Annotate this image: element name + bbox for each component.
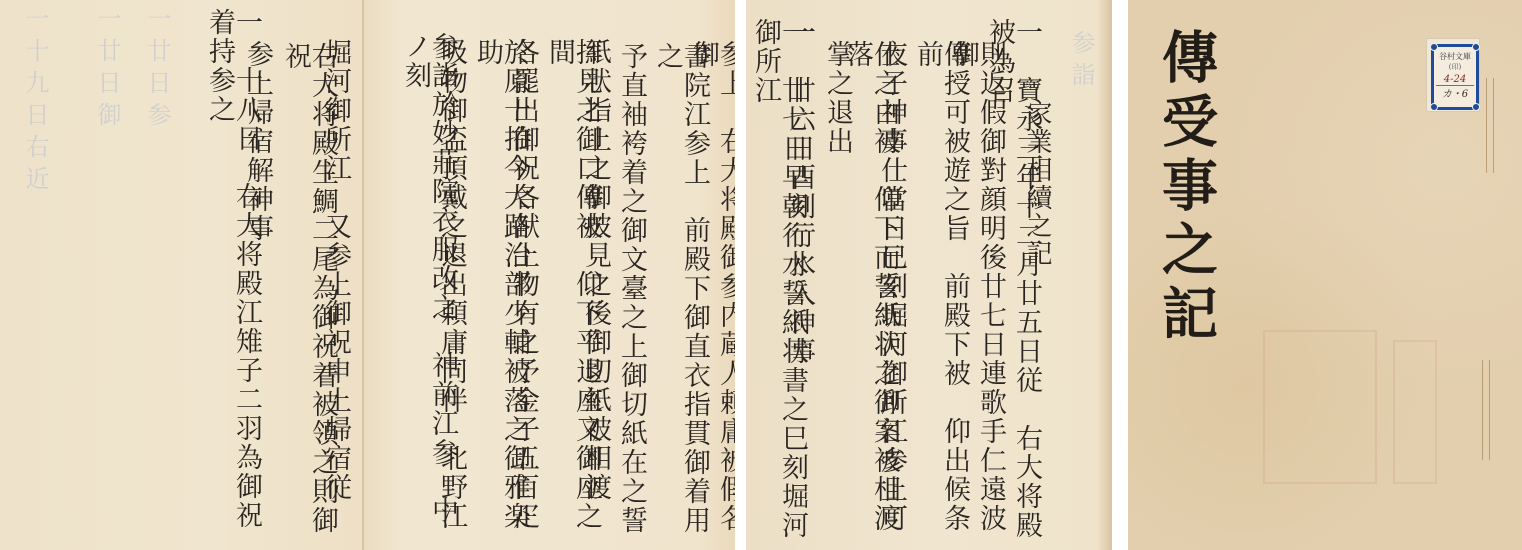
- binding-thread: [1486, 78, 1494, 173]
- library-label: 谷村文庫 (印) 4-24 カ・6: [1426, 38, 1480, 112]
- label-seal: (印): [1436, 64, 1474, 71]
- label-call-number: 4-24: [1436, 75, 1474, 86]
- text-column: 右大将殿生鯛二尾為御祝着被領之則御祝: [282, 42, 336, 550]
- cover-title: 傳受事之記: [1146, 28, 1226, 348]
- binding-thread: [1482, 360, 1490, 460]
- manuscript-page-single: 参詣 家業相續之記 一 寶永三年十二月廿五日従 右大将殿被為召 則返假御對顔明後…: [746, 0, 1112, 550]
- label-corner-ornament: [1472, 103, 1480, 111]
- text-column: 於原十拍今大路治部少輔被落之御雅楽助: [474, 38, 528, 550]
- text-column: 予直袖袴着之御文臺之上御切紙在之誓: [618, 42, 645, 535]
- manuscript-cover: 傳受事之記 谷村文庫 (印) 4-24 カ・6: [1128, 0, 1522, 550]
- label-corner-ornament: [1430, 103, 1438, 111]
- bleed-through-text: 一廿日御: [90, 6, 125, 134]
- label-frame: 谷村文庫 (印) 4-24 カ・6: [1431, 44, 1479, 110]
- label-corner-ornament: [1472, 43, 1480, 51]
- bleed-through-text: 参詣: [1064, 30, 1099, 94]
- label-collection-name: 谷村文庫: [1436, 53, 1474, 61]
- label-shelf-number: カ・6: [1436, 90, 1474, 100]
- text-column: 傳授可被遊之旨 前殿下被 仰出候条前: [914, 40, 968, 550]
- faded-stamp: [1263, 330, 1377, 484]
- text-column: 一 廿七日早朝行水誓紙状書之巳刻堀河御所江: [752, 18, 806, 550]
- label-corner-ornament: [1430, 43, 1438, 51]
- text-column: 書院江参上 前殿下御直衣指貫御着用之: [654, 42, 708, 550]
- manuscript-page-left: 一十九日右近 一廿日御 一廿日参 堀河御所江 又参上御祝申上帰宿従 右大将殿生鯛…: [0, 0, 362, 550]
- bleed-through-text: 一廿日参: [140, 6, 175, 134]
- text-column: 拝見之御口傳被 仰下平退座又御座之間: [546, 38, 600, 550]
- text-column: 参詣於妙莊院衣服改之 神前江参 中ノ刻: [402, 32, 456, 550]
- manuscript-page-right: 参上 右大将殿御参内蔵人頼庸被假名御 書院江参上 前殿下御直衣指貫御着用之 予直…: [362, 0, 735, 550]
- text-column: 掌之退出: [824, 40, 851, 156]
- faded-stamp: [1393, 340, 1437, 484]
- text-column: 一 十八日 右大将殿江雉子二羽為御祝着持参之: [206, 8, 260, 550]
- bleed-through-text: 一十九日右近: [18, 6, 53, 198]
